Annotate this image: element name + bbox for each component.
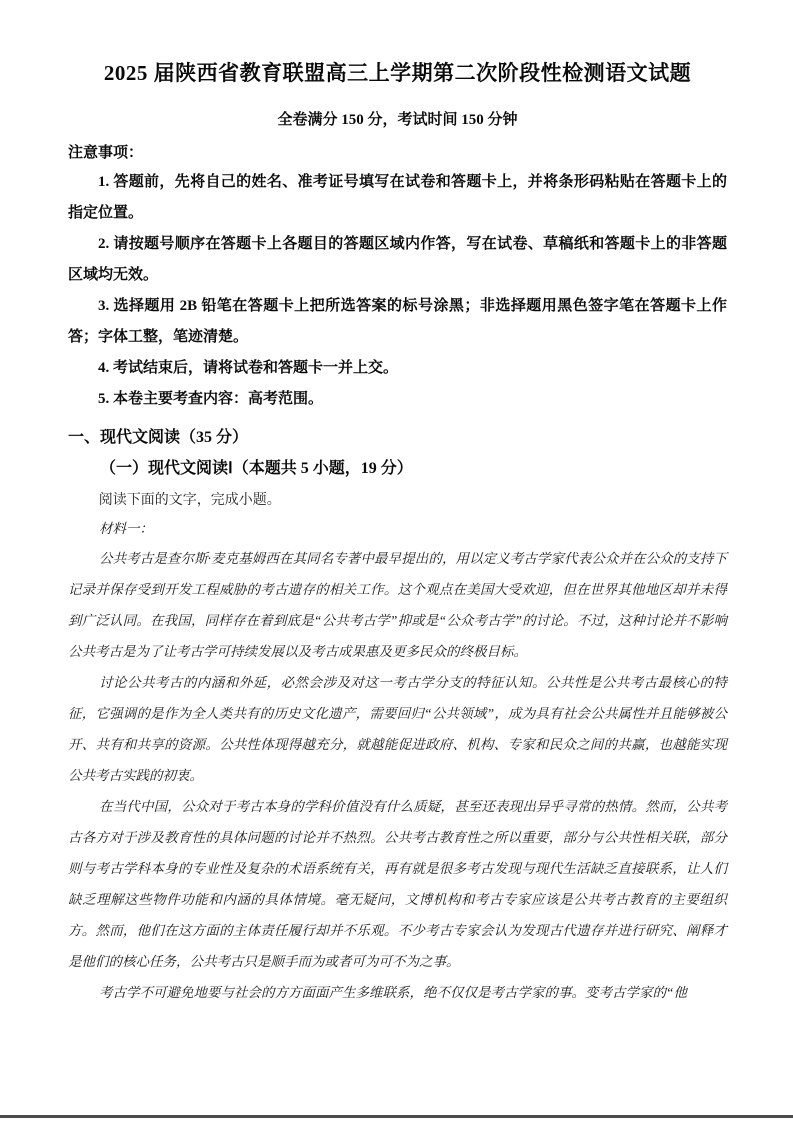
exam-subtitle: 全卷满分 150 分，考试时间 150 分钟 (68, 109, 727, 131)
reading-instruction: 阅读下面的文字，完成小题。 (68, 487, 727, 515)
notice-item-1: 1. 答题前，先将自己的姓名、准考证号填写在试卷和答题卡上，并将条形码粘贴在答题… (68, 167, 727, 229)
notice-heading: 注意事项： (68, 140, 727, 167)
page-content: 2025 届陕西省教育联盟高三上学期第二次阶段性检测语文试题 全卷满分 150 … (0, 0, 793, 1008)
material-paragraph-4: 考古学不可避免地要与社会的方方面面产生多维联系，绝不仅仅是考古学家的事。变考古学… (68, 977, 727, 1008)
notice-item-3: 3. 选择题用 2B 铅笔在答题卡上把所选答案的标号涂黑；非选择题用黑色签字笔在… (68, 291, 727, 353)
notice-item-4: 4. 考试结束后，请将试卷和答题卡一并上交。 (68, 353, 727, 384)
subsection-heading-reading-1: （一）现代文阅读Ⅰ（本题共 5 小题，19 分） (68, 453, 727, 484)
page-bottom-divider (0, 1115, 793, 1118)
section-heading-modern-reading: 一、现代文阅读（35 分） (68, 422, 727, 453)
material-paragraph-2: 讨论公共考古的内涵和外延，必然会涉及对这一考古学分支的特征认知。公共性是公共考古… (68, 667, 727, 791)
material-paragraph-1: 公共考古是查尔斯·麦克基姆西在其同名专著中最早提出的，用以定义考古学家代表公众并… (68, 543, 727, 667)
material-one-label: 材料一： (68, 515, 727, 543)
notice-item-2: 2. 请按题号顺序在答题卡上各题目的答题区域内作答，写在试卷、草稿纸和答题卡上的… (68, 229, 727, 291)
exam-paper-page: 2025 届陕西省教育联盟高三上学期第二次阶段性检测语文试题 全卷满分 150 … (0, 0, 793, 1122)
exam-title: 2025 届陕西省教育联盟高三上学期第二次阶段性检测语文试题 (68, 0, 727, 89)
material-paragraph-3: 在当代中国，公众对于考古本身的学科价值没有什么质疑，甚至还表现出异乎寻常的热情。… (68, 791, 727, 977)
notice-item-5: 5. 本卷主要考查内容：高考范围。 (68, 384, 727, 415)
